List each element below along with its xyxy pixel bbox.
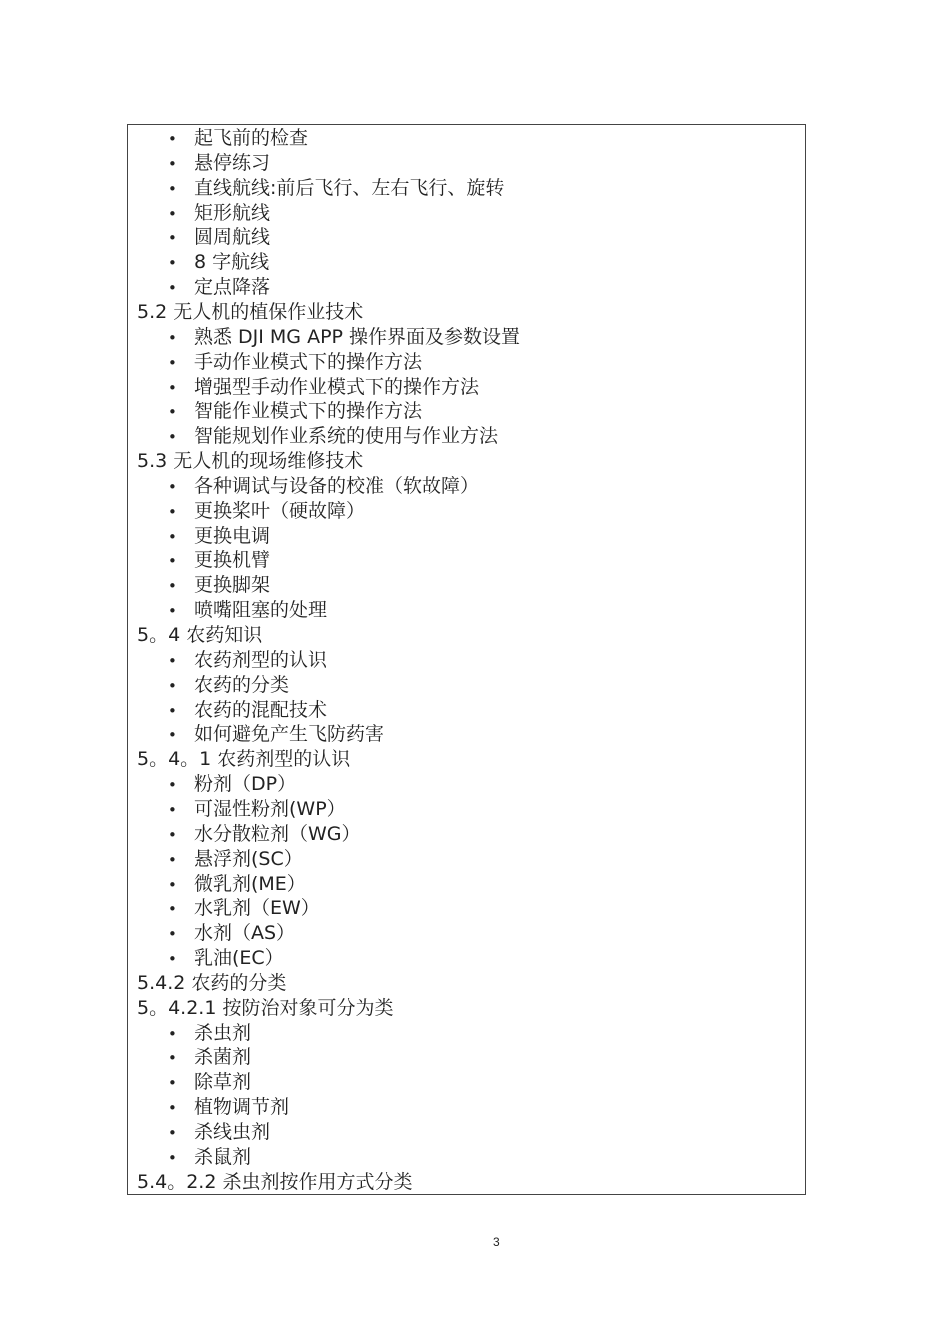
list-item: •杀鼠剂 (168, 1145, 251, 1170)
bullet-icon: • (168, 897, 194, 922)
list-item-text: 乳油(EC） (194, 947, 284, 969)
bullet-icon: • (168, 276, 194, 301)
list-item: •水乳剂（EW） (168, 896, 320, 921)
list-item: •悬浮剂(SC） (168, 847, 303, 872)
list-item: •定点降落 (168, 275, 270, 300)
bullet-icon: • (168, 127, 194, 152)
content-table-cell: •起飞前的检查•悬停练习•直线航线:前后飞行、左右飞行、旋转•矩形航线•圆周航线… (127, 124, 806, 1195)
list-item: •粉剂（DP） (168, 772, 296, 797)
list-item: •可湿性粉剂(WP） (168, 797, 346, 822)
list-item-text: 杀菌剂 (194, 1046, 251, 1068)
section-heading: 5.3 无人机的现场维修技术 (137, 449, 363, 474)
list-item-text: 杀鼠剂 (194, 1146, 251, 1168)
list-item-text: 杀线虫剂 (194, 1121, 270, 1143)
list-item-text: 如何避免产生飞防药害 (194, 723, 384, 745)
list-item-text: 更换脚架 (194, 574, 270, 596)
list-item: •8 字航线 (168, 250, 269, 275)
bullet-icon: • (168, 723, 194, 748)
list-item-text: 圆周航线 (194, 226, 270, 248)
bullet-icon: • (168, 699, 194, 724)
list-item-text: 喷嘴阻塞的处理 (194, 599, 327, 621)
list-item: •农药的分类 (168, 673, 289, 698)
list-item-text: 水分散粒剂（WG） (194, 823, 361, 845)
list-item-text: 水剂（AS） (194, 922, 295, 944)
list-item-text: 熟悉 DJI MG APP 操作界面及参数设置 (194, 326, 520, 348)
list-item-text: 悬停练习 (194, 152, 270, 174)
list-item: •熟悉 DJI MG APP 操作界面及参数设置 (168, 325, 520, 350)
list-item-text: 矩形航线 (194, 202, 270, 224)
list-item: •悬停练习 (168, 151, 270, 176)
bullet-icon: • (168, 848, 194, 873)
bullet-icon: • (168, 251, 194, 276)
list-item: •杀虫剂 (168, 1021, 251, 1046)
list-item: •水分散粒剂（WG） (168, 822, 361, 847)
list-item: •智能规划作业系统的使用与作业方法 (168, 424, 498, 449)
list-item: •水剂（AS） (168, 921, 295, 946)
list-item-text: 可湿性粉剂(WP） (194, 798, 346, 820)
bullet-icon: • (168, 425, 194, 450)
list-item-text: 除草剂 (194, 1071, 251, 1093)
section-heading: 5。4。1 农药剂型的认识 (137, 747, 350, 772)
list-item-text: 增强型手动作业模式下的操作方法 (194, 376, 479, 398)
bullet-icon: • (168, 152, 194, 177)
bullet-icon: • (168, 873, 194, 898)
list-item: •增强型手动作业模式下的操作方法 (168, 375, 479, 400)
bullet-icon: • (168, 226, 194, 251)
page-number: 3 (493, 1235, 500, 1249)
bullet-icon: • (168, 376, 194, 401)
bullet-icon: • (168, 823, 194, 848)
list-item-text: 8 字航线 (194, 251, 269, 273)
list-item-text: 起飞前的检查 (194, 127, 308, 149)
bullet-icon: • (168, 475, 194, 500)
list-item-text: 智能作业模式下的操作方法 (194, 400, 422, 422)
list-item: •矩形航线 (168, 201, 270, 226)
list-item-text: 粉剂（DP） (194, 773, 296, 795)
bullet-icon: • (168, 400, 194, 425)
list-item: •手动作业模式下的操作方法 (168, 350, 422, 375)
list-item-text: 植物调节剂 (194, 1096, 289, 1118)
bullet-icon: • (168, 922, 194, 947)
section-heading: 5.4.2 农药的分类 (137, 971, 286, 996)
bullet-icon: • (168, 549, 194, 574)
list-item: •微乳剂(ME） (168, 872, 306, 897)
list-item-text: 农药的混配技术 (194, 699, 327, 721)
list-item-text: 水乳剂（EW） (194, 897, 320, 919)
bullet-icon: • (168, 773, 194, 798)
bullet-icon: • (168, 326, 194, 351)
list-item: •如何避免产生飞防药害 (168, 722, 384, 747)
bullet-icon: • (168, 1121, 194, 1146)
list-item: •起飞前的检查 (168, 126, 308, 151)
section-heading: 5。4 农药知识 (137, 623, 262, 648)
list-item: •喷嘴阻塞的处理 (168, 598, 327, 623)
section-heading: 5.2 无人机的植保作业技术 (137, 300, 363, 325)
bullet-icon: • (168, 177, 194, 202)
list-item: •乳油(EC） (168, 946, 284, 971)
bullet-icon: • (168, 947, 194, 972)
list-item: •农药的混配技术 (168, 698, 327, 723)
list-item-text: 微乳剂(ME） (194, 873, 306, 895)
list-item: •植物调节剂 (168, 1095, 289, 1120)
list-item-text: 更换机臂 (194, 549, 270, 571)
list-item: •杀菌剂 (168, 1045, 251, 1070)
list-item: •智能作业模式下的操作方法 (168, 399, 422, 424)
list-item-text: 各种调试与设备的校准（软故障） (194, 475, 479, 497)
list-item: •除草剂 (168, 1070, 251, 1095)
list-item: •农药剂型的认识 (168, 648, 327, 673)
list-item: •更换机臂 (168, 548, 270, 573)
list-item: •更换电调 (168, 524, 270, 549)
list-item-text: 定点降落 (194, 276, 270, 298)
list-item-text: 智能规划作业系统的使用与作业方法 (194, 425, 498, 447)
list-item: •杀线虫剂 (168, 1120, 270, 1145)
bullet-icon: • (168, 202, 194, 227)
list-item-text: 农药剂型的认识 (194, 649, 327, 671)
bullet-icon: • (168, 1022, 194, 1047)
list-item-text: 更换桨叶（硬故障） (194, 500, 365, 522)
section-heading: 5.4。2.2 杀虫剂按作用方式分类 (137, 1170, 412, 1195)
section-heading: 5。4.2.1 按防治对象可分为类 (137, 996, 393, 1021)
bullet-icon: • (168, 574, 194, 599)
bullet-icon: • (168, 674, 194, 699)
list-item-text: 更换电调 (194, 525, 270, 547)
bullet-icon: • (168, 798, 194, 823)
list-item-text: 杀虫剂 (194, 1022, 251, 1044)
bullet-icon: • (168, 649, 194, 674)
list-item-text: 手动作业模式下的操作方法 (194, 351, 422, 373)
bullet-icon: • (168, 351, 194, 376)
bullet-icon: • (168, 1096, 194, 1121)
list-item-text: 悬浮剂(SC） (194, 848, 303, 870)
bullet-icon: • (168, 1071, 194, 1096)
bullet-icon: • (168, 1046, 194, 1071)
bullet-icon: • (168, 500, 194, 525)
list-item: •直线航线:前后飞行、左右飞行、旋转 (168, 176, 504, 201)
list-item-text: 直线航线:前后飞行、左右飞行、旋转 (194, 177, 504, 199)
list-item: •更换脚架 (168, 573, 270, 598)
list-item-text: 农药的分类 (194, 674, 289, 696)
list-item: •更换桨叶（硬故障） (168, 499, 365, 524)
bullet-icon: • (168, 525, 194, 550)
bullet-icon: • (168, 1146, 194, 1171)
list-item: •各种调试与设备的校准（软故障） (168, 474, 479, 499)
bullet-icon: • (168, 599, 194, 624)
list-item: •圆周航线 (168, 225, 270, 250)
